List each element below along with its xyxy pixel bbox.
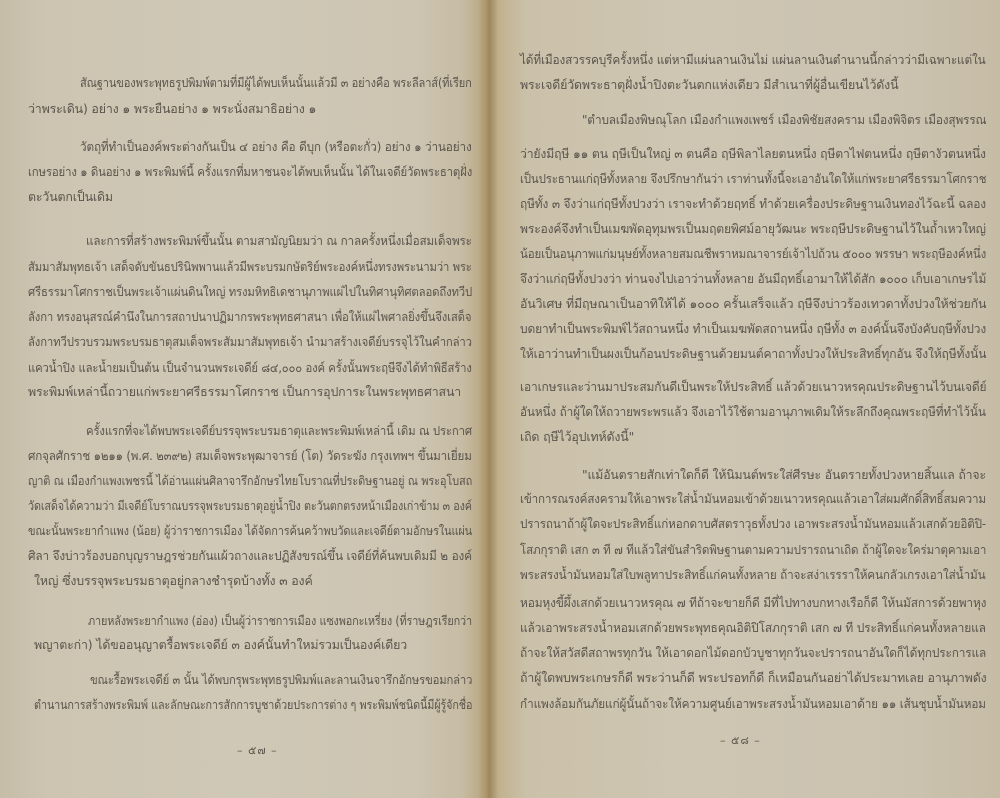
text-line: พระสรงน้ำมันหอมใส่ใบพลูทาประสิทธิ์แก่คนท… — [520, 567, 985, 583]
text-line: ตะวันตกเป็นเดิม — [28, 189, 113, 205]
text-line: น้อยเป็นอนุภาพแก่มนุษย์ทั้งหลายสมณชีพราห… — [520, 246, 986, 262]
text-line: วัดเสด็จได้ความว่า มีเจดีย์โบราณบรรจุพระ… — [28, 498, 472, 514]
book-spread: สัณฐานของพระพุทธรูปพิมพ์ตามที่มีผู้ได้พบ… — [0, 0, 1000, 798]
text-line: ศกจุลศักราช ๑๒๑๑ (พ.ศ. ๒๓๙๒) สมเด็จพระพุ… — [28, 448, 472, 464]
text-line: ได้ที่เมืองสวรรคบุรีครั้งหนึ่ง แต่หามีแผ… — [520, 52, 986, 68]
text-line: ภายหลังพระยากำแพง (อ่อง) เป็นผู้ว่าราชกา… — [88, 613, 472, 629]
text-line: ศรีธรรมาโศกราชเป็นพระเจ้าแผ่นดินใหญ่ ทรง… — [28, 284, 472, 300]
text-line: สัมมาสัมพุทธเจ้า เสด็จดับขันธปรินิพพานแล… — [28, 259, 472, 275]
text-line: พระเจดีย์วัดพระธาตุฝั่งน้ำปิงตะวันตกแห่ง… — [520, 77, 898, 93]
text-line: ขณะนั้นพระยากำแพง (น้อย) ผู้ว่าราชการเมื… — [28, 523, 472, 539]
text-line: แล้วเอาพระสรงน้ำหอมเสกด้วยพระพุทธคุณอิติ… — [520, 620, 986, 636]
text-line: สัณฐานของพระพุทธรูปพิมพ์ตามที่มีผู้ได้พบ… — [80, 75, 472, 91]
page-number: – ๕๗ – — [237, 741, 278, 759]
text-line: ว่าพระเดิน) อย่าง ๑ พระยืนอย่าง ๑ พระนั่… — [28, 101, 316, 117]
right-page: ได้ที่เมืองสวรรคบุรีครั้งหนึ่ง แต่หามีแผ… — [486, 0, 1000, 798]
text-line: ญาติ ณ เมืองกำแพงเพชรนี้ ได้อ่านแผ่นศิลา… — [28, 473, 472, 489]
page-number: – ๕๘ – — [720, 731, 761, 749]
text-line: เอาเกษรและว่านมาประสมกันดีเป็นพระให้ประส… — [520, 379, 986, 395]
text-line: พระองค์จึงทำเป็นเมฆพัดอุทุมพรเป็นมฤตยพิศ… — [520, 221, 986, 237]
text-line: ขณะรื้อพระเจดีย์ ๓ นั้น ได้พบกรุพระพุทธร… — [90, 672, 472, 688]
text-line: เข้าการณรงค์สงครามให้เอาพระใส่น้ำมันหอมเ… — [520, 491, 986, 507]
text-line: และการที่สร้างพระพิมพ์ขึ้นนั้น ตามสามัญน… — [86, 233, 472, 249]
text-line: ใหญ่ ซึ่งบรรจุพระบรมธาตุอยู่กลางชำรุดบ้า… — [34, 573, 313, 589]
text-line: เกษรอย่าง ๑ ดินอย่าง ๑ พระพิมพ์นี้ ครั้ง… — [28, 164, 472, 180]
text-line: หอมหุงขี้ผึ้งเสกด้วยเนาวหรคุณ ๗ ทีถ้าจะข… — [520, 595, 986, 611]
left-page: สัณฐานของพระพุทธรูปพิมพ์ตามที่มีผู้ได้พบ… — [0, 0, 486, 798]
text-line: เป็นประธานแก่ฤษีทั้งหลาย จึงปรึกษากันว่า… — [520, 171, 986, 187]
text-line: อันหนึ่ง ถ้าผู้ใดให้ถวายพระพรแล้ว จึงเอา… — [520, 404, 986, 420]
text-line: ครั้งแรกที่จะได้พบพระเจดีย์บรรจุพระบรมธา… — [86, 423, 472, 439]
text-line: อันวิเศษ ที่มีฤษณาเป็นอาทิให้ได้ ๑๐๐๐ คร… — [520, 296, 986, 312]
text-line: เถิด ฤษีไว้อุปเทห์ดังนี้" — [520, 429, 634, 445]
text-line: จึงว่าแก่ฤษีทั้งปวงว่า ท่านจงไปเอาว่านทั… — [520, 271, 986, 287]
text-line: "ตำบลเมืองพิษณุโลก เมืองกำแพงเพชร์ เมือง… — [582, 112, 986, 128]
text-line: ถ้าจะให้สวัสดีสถาพรทุกวัน ให้เอาดอกไม้ดอ… — [520, 645, 986, 661]
text-line: พญาตะก่า) ได้ขออนุญาตรื้อพระเจดีย์ ๓ องค… — [34, 637, 407, 653]
text-line: ลังกาทวีปรวบรวมพระบรมธาตุสมเด็จพระสัมมาส… — [28, 334, 472, 350]
text-line: ลังกา ทรงอนุสรณ์คำนึงในการสถาปนาปฏิมากรพ… — [28, 309, 471, 325]
text-line: "แม้อันตรายสักเท่าใดก็ดี ให้นิมนต์พระใส่… — [582, 467, 986, 483]
text-line: ศิลา จึงบ่าวร้องบอกบุญราษฎรช่วยกันแผ้วถา… — [28, 548, 472, 564]
text-line: แควน้ำปิง และน้ำยมเป็นต้น เป็นจำนวนพระเจ… — [28, 360, 472, 376]
text-line: ฤษีทั้ง ๓ จึงว่าแก่ฤษีทั้งปวงว่า เราจะทำ… — [520, 196, 986, 212]
text-line: กำแพงล้อมกันภัยแก่ผู้นั้นถ้าจะให้ความศูน… — [520, 696, 986, 712]
text-line: ว่ายังมีฤษี ๑๑ ตน ฤษีเป็นใหญ่ ๓ ตนคือ ฤษ… — [520, 146, 986, 162]
text-line: โสภกุราติ เสก ๓ ที ๗ ทีแล้วใส่ขันสำริดพิ… — [520, 542, 986, 558]
text-line: ตำนานการสร้างพระพิมพ์ และลักษณะการสักการ… — [34, 697, 472, 713]
text-line: ปรารถนาถ้าผู้ใดจะประสิทธิ์แก่หอกดาบศัสตร… — [520, 516, 986, 532]
text-line: ให้เอาว่านทำเป็นผงเป็นก้อนประดิษฐานด้วยม… — [520, 346, 986, 362]
text-line: ถ้าผู้ใดพบพระเกษรก็ดี พระว่านก็ดี พระปรอ… — [520, 670, 986, 686]
text-line: พระพิมพ์เหล่านี้ถวายแก่พระยาศรีธรรมาโศกร… — [28, 384, 461, 400]
text-line: บดยาทำเป็นพระพิมพ์ไว้สถานหนึ่ง ทำเป็นเมฆ… — [520, 321, 986, 337]
text-line: วัตถุที่ทำเป็นองค์พระต่างกันเป็น ๔ อย่าง… — [80, 139, 472, 155]
